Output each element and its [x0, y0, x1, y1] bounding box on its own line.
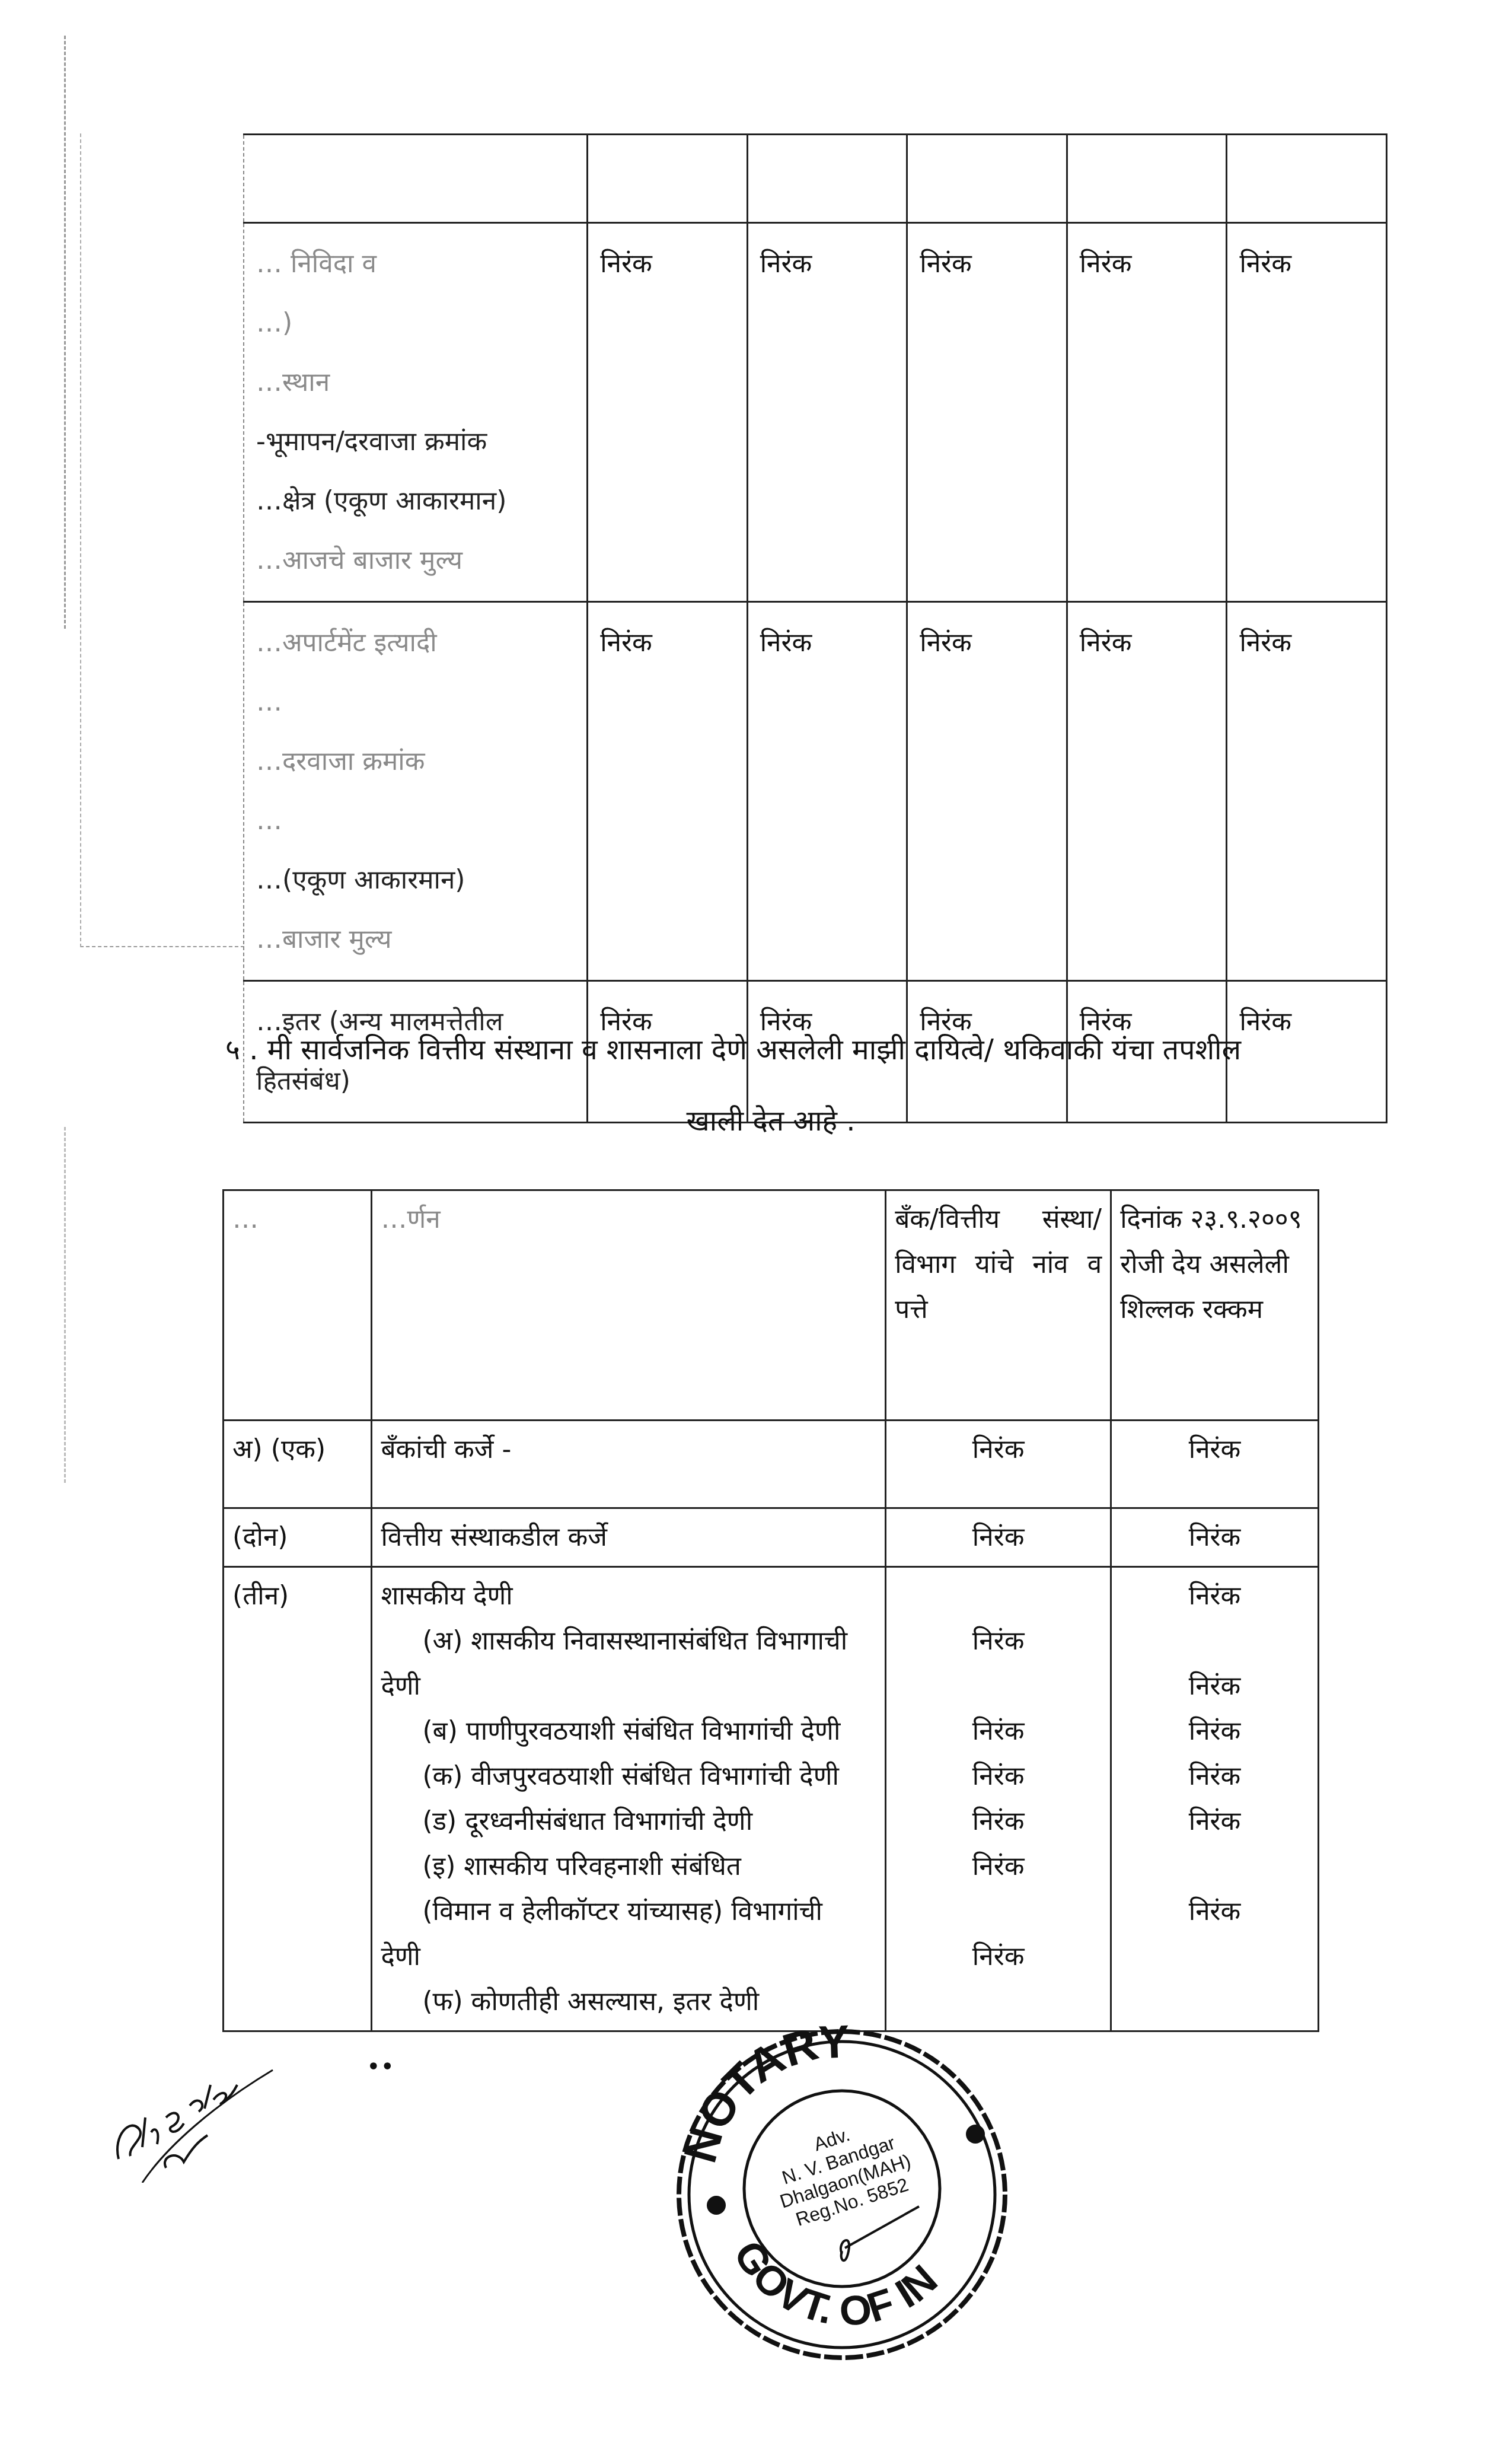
header-cell — [244, 135, 588, 223]
svg-text:Shingate: Shingate — [95, 2029, 98, 2029]
sub-item: (इ) शासकीय परिवहनाशी संबंधित — [381, 1844, 876, 1889]
table-row: अ) (एक) बँकांची कर्जे - निरंक निरंक — [224, 1421, 1319, 1508]
row-description: बँकांची कर्जे - — [372, 1421, 886, 1508]
label-line: …(एकूण आकारमान) — [256, 851, 575, 910]
value-cell: निरंक — [1227, 602, 1387, 981]
value-cell: निरंक — [588, 223, 748, 602]
label-line: -भूमापन/दरवाजा क्रमांक — [256, 412, 575, 472]
asset-label-cell: … निविदा व …) …स्थान -भूमापन/दरवाजा क्रम… — [244, 223, 588, 602]
sub-item: (ब) पाणीपुरवठयाशी संबंधित विभागांची देणी — [381, 1709, 876, 1754]
value-cell: निरंक — [907, 602, 1067, 981]
sub-item: (क) वीजपुरवठयाशी संबंधित विभागांची देणी — [381, 1754, 876, 1799]
row-amount: निरंक — [1111, 1421, 1319, 1508]
value-cell: निरंक — [1227, 223, 1387, 602]
table-header-row — [244, 135, 1387, 223]
header-cell — [1067, 135, 1227, 223]
value: निरंक — [1120, 1754, 1309, 1799]
scan-margin-line — [64, 1127, 66, 1483]
header-cell — [1227, 135, 1387, 223]
value: निरंक — [895, 1799, 1102, 1844]
label-line: …आजचे बाजार मुल्य — [256, 531, 575, 590]
row-amount: निरंक निरंक निरंक निरंक निरंक निरंक — [1111, 1567, 1319, 2031]
paragraph-line: ५ . मी सार्वजनिक वित्तीय संस्थाना व शासन… — [225, 1014, 1316, 1085]
value-cell: निरंक — [1067, 223, 1227, 602]
liabilities-table: … …र्णन बँक/वित्तीय संस्था/ विभाग यांचे … — [222, 1189, 1319, 2032]
document-page: … निविदा व …) …स्थान -भूमापन/दरवाजा क्रम… — [0, 0, 1512, 2452]
value: निरंक — [1120, 1709, 1309, 1754]
signature: Shingate — [95, 2029, 285, 2183]
sub-item: देणी — [381, 1664, 876, 1709]
header-description: …र्णन — [372, 1190, 886, 1421]
label-line: …बाजार मुल्य — [256, 910, 575, 969]
row-bank: निरंक निरंक निरंक निरंक निरंक निरंक — [886, 1567, 1111, 2031]
label-line: … — [256, 791, 575, 851]
header-bank-name: बँक/वित्तीय संस्था/ विभाग यांचे नांव व प… — [886, 1190, 1111, 1421]
notary-stamp: NOTARY GOVT. OF INDIA Adv. N. V. Bandgar… — [664, 2017, 1020, 2373]
dots-mark: •• — [366, 2053, 394, 2081]
label-line: …स्थान — [256, 353, 575, 412]
value: निरंक — [1120, 1574, 1309, 1619]
value: निरंक — [1120, 1799, 1309, 1844]
sub-item: देणी — [381, 1934, 876, 1979]
header-cell — [588, 135, 748, 223]
sub-item: (विमान व हेलीकॉप्टर यांच्यासह) विभागांची — [381, 1889, 876, 1934]
label-line: … — [256, 673, 575, 732]
value-cell: निरंक — [1067, 602, 1227, 981]
asset-label-cell: …अपार्टमेंट इत्यादी … …दरवाजा क्रमांक … … — [244, 602, 588, 981]
value-cell: निरंक — [747, 223, 907, 602]
header-cell — [747, 135, 907, 223]
value: निरंक — [895, 1754, 1102, 1799]
value: निरंक — [895, 1619, 1102, 1664]
label-line: …) — [256, 294, 575, 353]
notary-signature — [841, 2206, 919, 2260]
table-row: … निविदा व …) …स्थान -भूमापन/दरवाजा क्रम… — [244, 223, 1387, 602]
table-row: (तीन) शासकीय देणी (अ) शासकीय निवासस्थाना… — [224, 1567, 1319, 2031]
value: निरंक — [1120, 1889, 1309, 1934]
header-balance-amount: दिनांक २३.९.२००९ रोजी देय असलेली शिल्लक … — [1111, 1190, 1319, 1421]
value: निरंक — [895, 1844, 1102, 1889]
value-cell: निरंक — [907, 223, 1067, 602]
table-row: (दोन) वित्तीय संस्थाकडील कर्जे निरंक निर… — [224, 1508, 1319, 1567]
value-cell: निरंक — [747, 602, 907, 981]
assets-table: … निविदा व …) …स्थान -भूमापन/दरवाजा क्रम… — [243, 133, 1387, 1123]
sub-item: (ड) दूरध्वनीसंबंधात विभागांची देणी — [381, 1799, 876, 1844]
paragraph-line: खाली देत आहे . — [225, 1085, 1316, 1157]
header-cell — [907, 135, 1067, 223]
value: निरंक — [1120, 1664, 1309, 1709]
row-number: (दोन) — [224, 1508, 372, 1567]
row-bank: निरंक — [886, 1421, 1111, 1508]
label-line: … निविदा व — [256, 234, 575, 294]
value-cell: निरंक — [588, 602, 748, 981]
row-bank: निरंक — [886, 1508, 1111, 1567]
value: निरंक — [895, 1934, 1102, 1979]
table-header-row: … …र्णन बँक/वित्तीय संस्था/ विभाग यांचे … — [224, 1190, 1319, 1421]
label-line: …क्षेत्र (एकूण आकारमान) — [256, 472, 575, 531]
row-description: वित्तीय संस्थाकडील कर्जे — [372, 1508, 886, 1567]
label-line: …दरवाजा क्रमांक — [256, 732, 575, 791]
table-row: …अपार्टमेंट इत्यादी … …दरवाजा क्रमांक … … — [244, 602, 1387, 981]
value: निरंक — [895, 1709, 1102, 1754]
sub-item: (अ) शासकीय निवासस्थानासंबंधित विभागाची — [381, 1619, 876, 1664]
row-description: शासकीय देणी (अ) शासकीय निवासस्थानासंबंधि… — [372, 1567, 886, 2031]
header-serial: … — [224, 1190, 372, 1421]
section-5-paragraph: ५ . मी सार्वजनिक वित्तीय संस्थाना व शासन… — [225, 1014, 1316, 1157]
row-number: (तीन) — [224, 1567, 372, 2031]
scan-margin-line — [64, 36, 66, 629]
row-number: अ) (एक) — [224, 1421, 372, 1508]
row-amount: निरंक — [1111, 1508, 1319, 1567]
table-left-stub — [80, 133, 244, 947]
label-line: …अपार्टमेंट इत्यादी — [256, 613, 575, 673]
sub-title: शासकीय देणी — [381, 1574, 876, 1619]
